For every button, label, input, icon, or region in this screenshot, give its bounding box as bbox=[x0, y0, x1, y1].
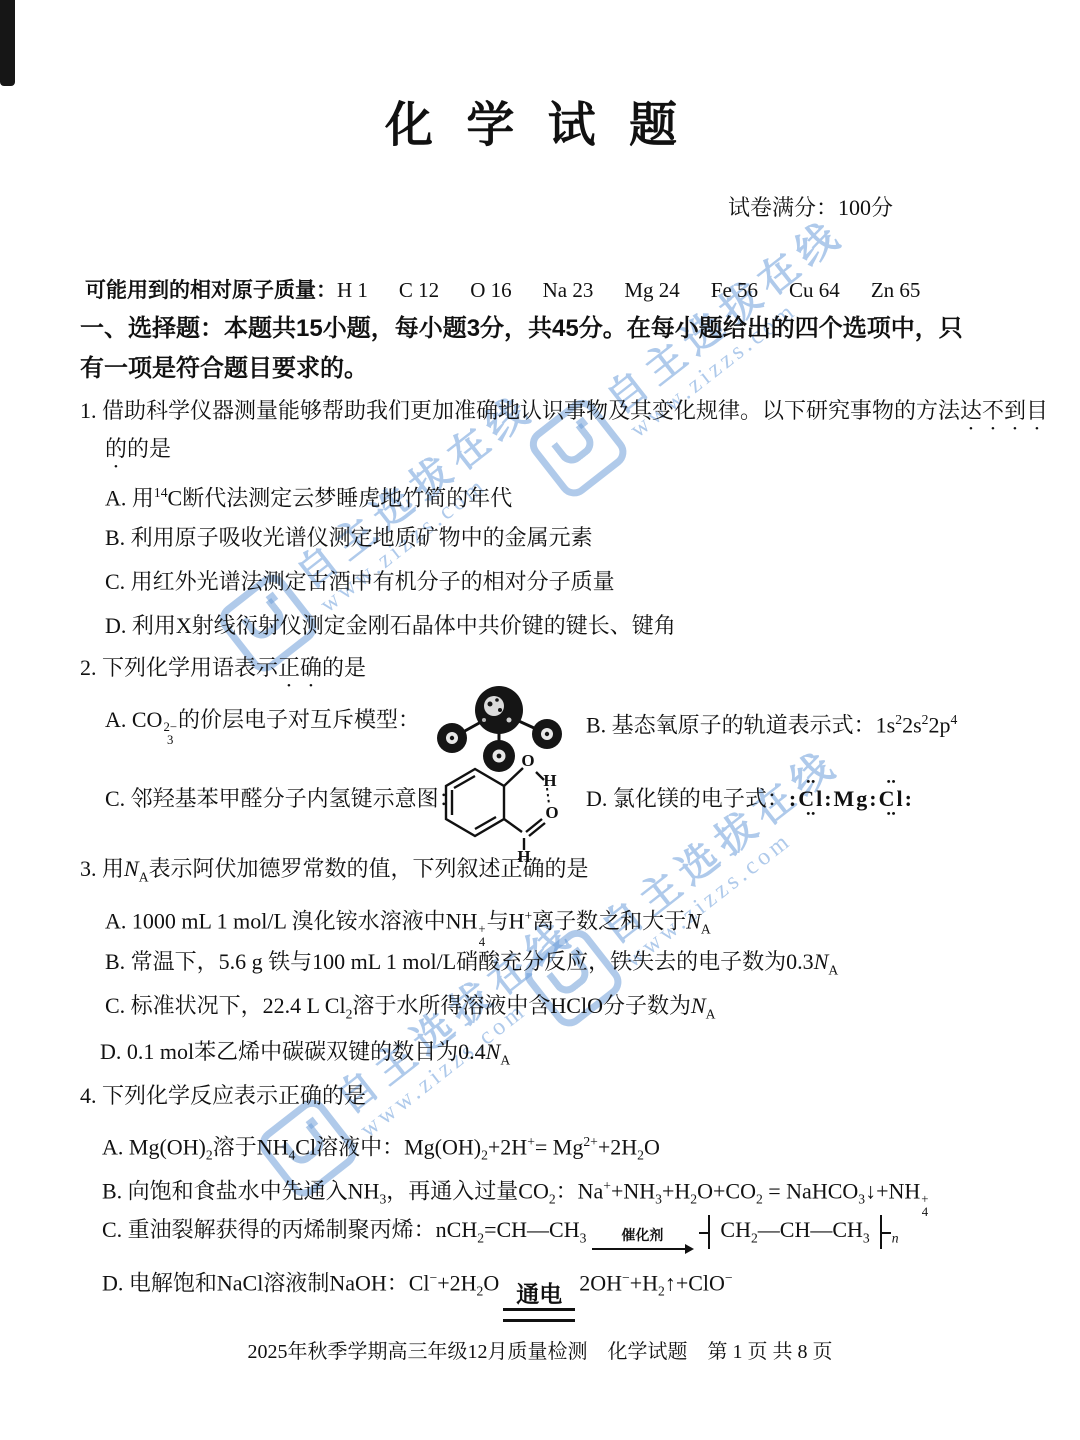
q4-option-b: B. 向饱和食盐水中先通入NH3，再通入过量CO2：Na++NH3+H2O+CO… bbox=[102, 1170, 929, 1218]
q4-option-a: A. Mg(OH)2溶于NH4Cl溶液中：Mg(OH)2+2H+= Mg2++2… bbox=[102, 1126, 660, 1172]
q2-option-b: B. 基态氧原子的轨道表示式：1s22s22p4 bbox=[586, 704, 957, 741]
scan-artifact bbox=[0, 0, 15, 86]
q4-option-d: D. 电解饱和NaCl溶液制NaOH：Cl−+2H2O通电2OH−+H2↑+Cl… bbox=[102, 1262, 733, 1322]
atomic-mass-item: Zn 65 bbox=[871, 278, 921, 302]
atomic-mass-item: Mg 24 bbox=[624, 278, 679, 302]
q3-option-b: B. 常温下，5.6 g 铁与100 mL 1 mol/L硝酸充分反应，铁失去的… bbox=[105, 946, 838, 986]
q2-stem: 2. 下列化学用语表示正确的是 bbox=[80, 652, 366, 692]
q2-option-d: D. 氯化镁的电子式：:Cl:Mg:Cl: bbox=[586, 783, 914, 815]
hydroxyl-oxygen-label: O bbox=[521, 751, 534, 770]
q1-stem-line1: 1. 借助科学仪器测量能够帮助我们更加准确地认识事物及其变化规律。以下研究事物的… bbox=[80, 395, 1048, 435]
section-one-line2: 有一项是符合题目要求的。 bbox=[80, 353, 368, 385]
hydroxyl-hydrogen-label: H bbox=[543, 771, 556, 790]
q1-option-b: B. 利用原子吸收光谱仪测定地质矿物中的金属元素 bbox=[105, 522, 593, 554]
central-atom bbox=[475, 686, 523, 734]
atomic-mass-line: 可能用到的相对原子质量：H 1C 12O 16Na 23Mg 24Fe 56Cu… bbox=[85, 274, 951, 307]
benzene-hbond-diagram: O H O H bbox=[430, 740, 575, 864]
page-title: 化 学 试 题 bbox=[385, 110, 687, 142]
full-score: 试卷满分：100分 bbox=[728, 192, 893, 224]
q3-option-c: C. 标准状况下，22.4 L Cl2溶于水所得溶液中含HClO分子数为NA bbox=[105, 990, 716, 1030]
atomic-mass-item: Cu 64 bbox=[789, 278, 840, 302]
q1-stem-line2: 的的是 bbox=[105, 433, 171, 473]
q1-option-c: C. 用红外光谱法测定古酒中有机分子的相对分子质量 bbox=[105, 566, 615, 598]
atomic-mass-item: H 1 bbox=[337, 278, 368, 302]
q3-stem: 3. 用NA表示阿伏加德罗常数的值，下列叙述正确的是 bbox=[80, 853, 589, 893]
q4-option-c: C. 重油裂解获得的丙烯制聚丙烯：nCH2=CH—CH3催化剂CH2—CH—CH… bbox=[102, 1214, 899, 1254]
atomic-mass-item: O 16 bbox=[470, 278, 511, 302]
q1-option-a: A. 用14C断代法测定云梦睡虎地竹简的年代 bbox=[105, 477, 512, 514]
section-one-line1: 一、选择题：本题共15小题，每小题3分，共45分。在每小题给出的四个选项中，只 bbox=[80, 313, 963, 345]
atomic-mass-values: H 1C 12O 16Na 23Mg 24Fe 56Cu 64Zn 65 bbox=[337, 278, 951, 302]
q1-option-d: D. 利用X射线衍射仪测定金刚石晶体中共价键的键长、键角 bbox=[105, 610, 676, 642]
atomic-mass-label: 可能用到的相对原子质量： bbox=[85, 279, 337, 302]
exam-page: 自主选拔在线 www.zizzs.com 自主选拔在线 www.zizzs.co… bbox=[0, 0, 1080, 1440]
q4-stem: 4. 下列化学反应表示正确的是 bbox=[80, 1080, 366, 1112]
q2-option-a-label: A. CO2−3的价层电子对互斥模型： bbox=[105, 704, 420, 747]
q2-option-c-label: C. 邻羟基苯甲醛分子内氢键示意图： bbox=[105, 783, 461, 815]
atomic-mass-item: Na 23 bbox=[543, 278, 594, 302]
page-footer: 2025年秋季学期高三年级12月质量检测 化学试题 第 1 页 共 8 页 bbox=[0, 1336, 1080, 1368]
atomic-mass-item: Fe 56 bbox=[711, 278, 758, 302]
atomic-mass-item: C 12 bbox=[399, 278, 439, 302]
aldehyde-oxygen-label: O bbox=[545, 803, 558, 822]
q3-option-a: A. 1000 mL 1 mol/L 溴化铵水溶液中NH+4与H+离子数之和大于… bbox=[105, 900, 711, 948]
q3-option-d: D. 0.1 mol苯乙烯中碳碳双键的数目为0.4NA bbox=[100, 1036, 510, 1076]
